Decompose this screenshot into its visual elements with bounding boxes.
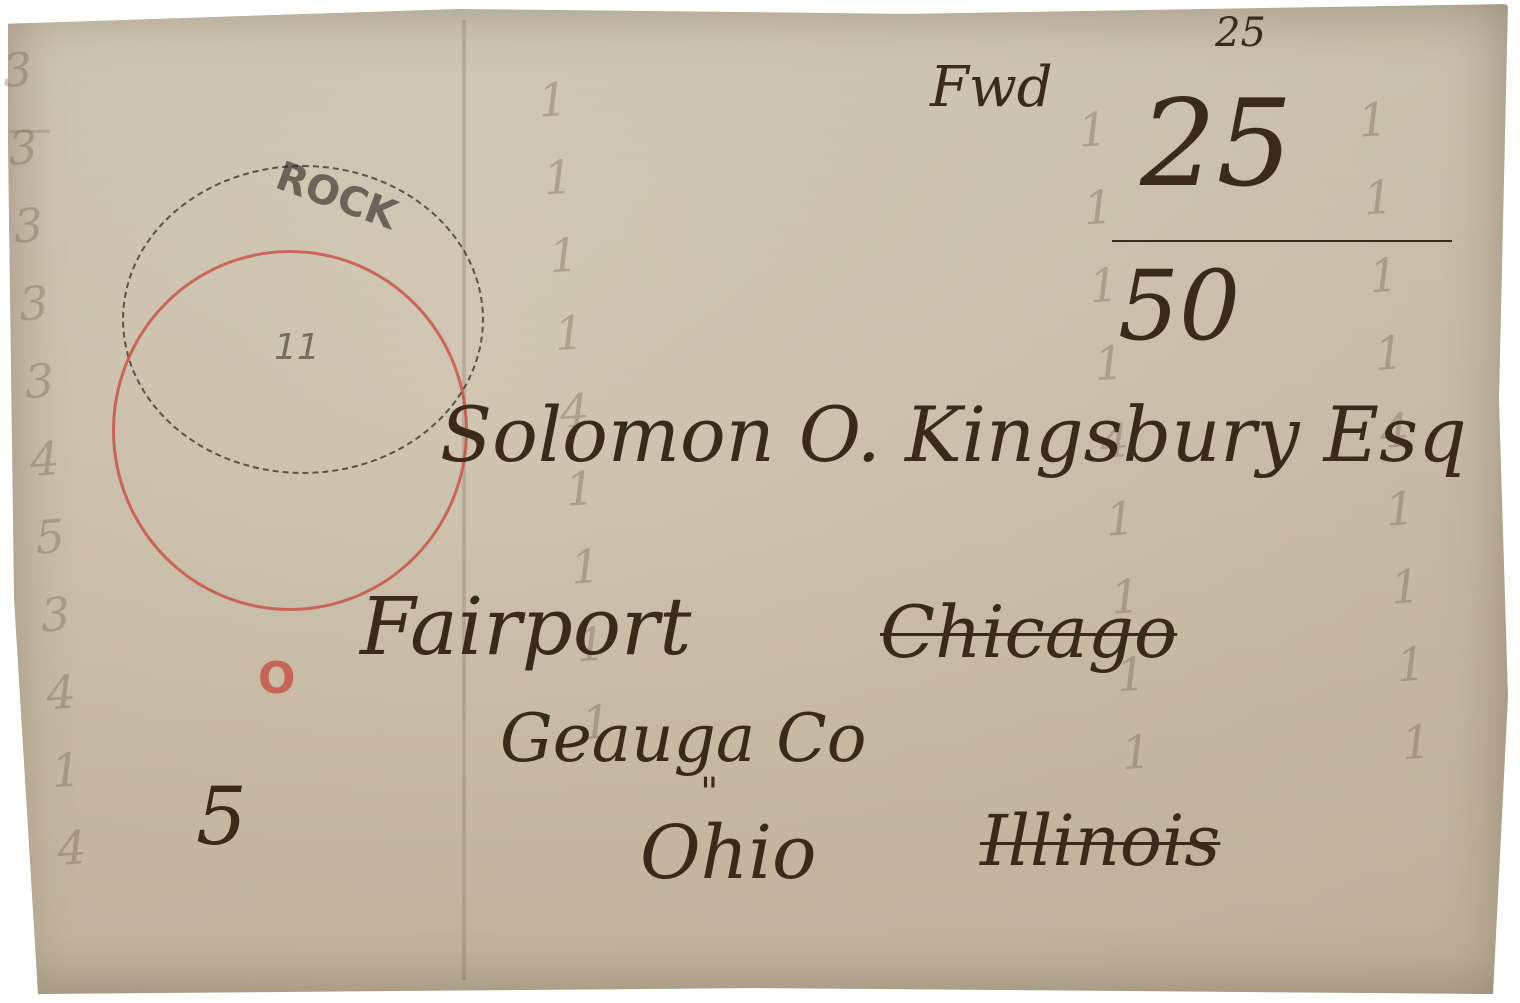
lower-left-mark: 5 bbox=[196, 770, 247, 863]
rate-divider-line bbox=[1112, 240, 1452, 242]
address-county: Geauga Co bbox=[500, 700, 866, 777]
red-postmark-text: O bbox=[258, 650, 295, 701]
address-struck-state: Illinois bbox=[980, 800, 1220, 882]
addressee-name: Solomon O. Kingsbury Esq bbox=[440, 390, 1467, 479]
address-struck-town: Chicago bbox=[880, 590, 1177, 674]
rate-lower: 50 bbox=[1118, 250, 1240, 362]
forwarded-mark: Fwd bbox=[930, 55, 1053, 120]
red-circular-postmark bbox=[112, 250, 468, 611]
fold-line-vertical bbox=[462, 20, 466, 980]
address-state: Ohio bbox=[640, 810, 817, 896]
address-town: Fairport bbox=[360, 580, 691, 673]
rate-upper: 25 bbox=[1140, 75, 1293, 214]
rate-top-small: 25 bbox=[1215, 10, 1266, 56]
